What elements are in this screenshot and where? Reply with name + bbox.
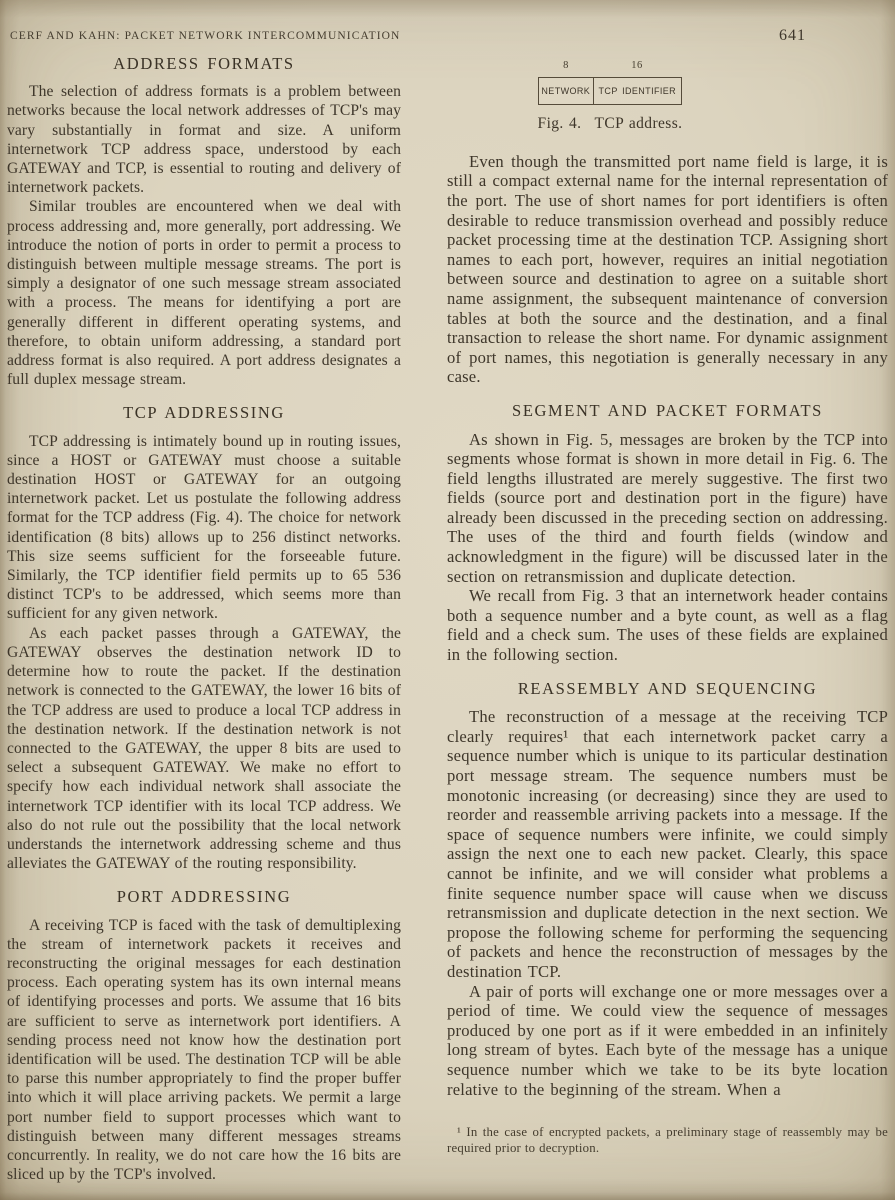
section-heading-reassembly-and-sequencing: REASSEMBLY AND SEQUENCING	[447, 679, 888, 699]
paragraph: The reconstruction of a message at the r…	[447, 707, 888, 981]
figure-cell-tcp-identifier: TCP IDENTIFIER	[594, 78, 681, 105]
figure-bit-width-labels: 8 16	[539, 56, 681, 76]
paragraph: We recall from Fig. 3 that an internetwo…	[447, 586, 888, 664]
paragraph: Even though the transmitted port name fi…	[447, 152, 888, 387]
left-column: ADDRESS FORMATS The selection of address…	[7, 54, 401, 1184]
paragraph: As each packet passes through a GATEWAY,…	[7, 624, 401, 874]
section-heading-segment-and-packet-formats: SEGMENT AND PACKET FORMATS	[447, 401, 888, 421]
running-head: CERF AND KAHN: PACKET NETWORK INTERCOMMU…	[10, 30, 400, 42]
figure-address-box: NETWORK TCP IDENTIFIER	[538, 77, 682, 106]
section-heading-address-formats: ADDRESS FORMATS	[7, 54, 401, 73]
right-column: 8 16 NETWORK TCP IDENTIFIER Fig. 4. TCP …	[447, 50, 888, 1169]
paragraph: As shown in Fig. 5, messages are broken …	[447, 430, 888, 587]
page-number: 641	[779, 27, 806, 45]
paragraph: The selection of address formats is a pr…	[7, 82, 401, 197]
figure-4-tcp-address: 8 16 NETWORK TCP IDENTIFIER Fig. 4. TCP …	[490, 56, 730, 134]
paragraph: A pair of ports will exchange one or mor…	[447, 982, 888, 1100]
bit-width-16-label: 16	[593, 56, 681, 76]
section-heading-tcp-addressing: TCP ADDRESSING	[7, 403, 401, 422]
scanned-paper-page: { "header": { "running_title": "CERF AND…	[0, 0, 895, 1200]
paragraph: TCP addressing is intimately bound up in…	[7, 432, 401, 624]
paragraph: A receiving TCP is faced with the task o…	[7, 916, 401, 1185]
bit-width-8-label: 8	[539, 56, 593, 76]
figure-caption: Fig. 4. TCP address.	[490, 114, 730, 134]
footnote: ¹ In the case of encrypted packets, a pr…	[447, 1125, 888, 1157]
section-heading-port-addressing: PORT ADDRESSING	[7, 887, 401, 906]
paragraph: Similar troubles are encountered when we…	[7, 197, 401, 389]
figure-cell-network: NETWORK	[539, 78, 594, 105]
